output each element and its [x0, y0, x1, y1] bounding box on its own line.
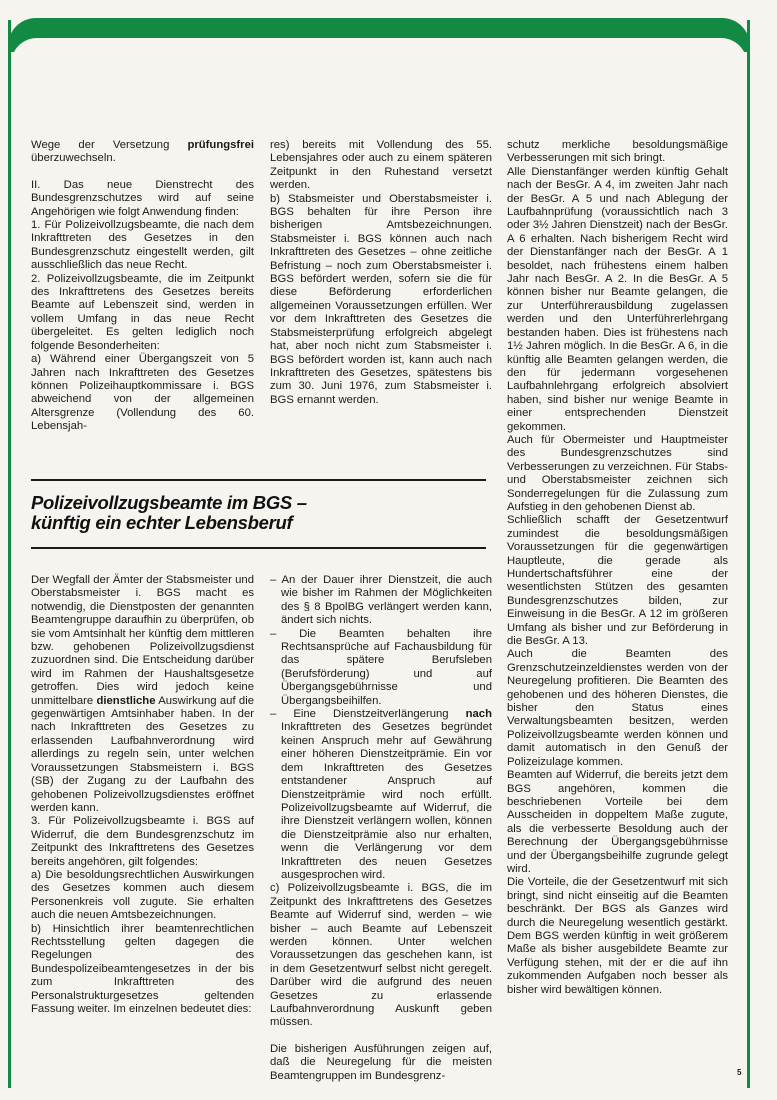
paragraph: Schließlich schafft der Gesetzentwurf zu… [507, 514, 728, 648]
paragraph: Auch die Beamten des Grenzschutzeinzeldi… [507, 648, 728, 769]
paragraph: b) Stabsmeister und Oberstabsmeister i. … [270, 193, 492, 408]
text: Inkrafttreten des Gesetzes begründet kei… [281, 721, 492, 880]
paragraph: Die Vorteile, die der Gesetzentwurf mit … [507, 876, 728, 997]
dash-list-item: – Die Beamten behalten ihre Rechtsansprü… [270, 628, 492, 708]
paragraph: a) Während einer Übergangszeit von 5 Jah… [31, 353, 254, 433]
paragraph: 1. Für Polizeivollzugsbeamte, die nach d… [31, 219, 254, 273]
text: Wege der Versetzung [31, 139, 187, 151]
bold-text: prüfungsfrei [187, 139, 254, 151]
paragraph: res) bereits mit Vollendung des 55. Lebe… [270, 139, 492, 193]
bottom-column-1: Der Wegfall der Ämter der Stabsmeister u… [31, 574, 254, 1016]
text: – Eine Dienstzeitverlängerung [270, 708, 466, 720]
paragraph: c) Polizeivollzugsbeamte i. BGS, die im … [270, 882, 492, 1029]
paragraph: a) Die besoldungsrechtlichen Auswirkunge… [31, 869, 254, 923]
text: Der Wegfall der Ämter der Stabsmeister u… [31, 574, 254, 707]
top-column-2: res) bereits mit Vollendung des 55. Lebe… [270, 139, 492, 407]
paragraph: b) Hinsichtlich ihrer beamtenrechtlichen… [31, 923, 254, 1017]
headline-rule-bottom [31, 547, 486, 549]
paragraph: Der Wegfall der Ämter der Stabsmeister u… [31, 574, 254, 815]
paragraph: Auch für Obermeister und Hauptmeister de… [507, 434, 728, 514]
page-number: 5 [737, 1068, 741, 1077]
dash-list-item: – An der Dauer ihrer Dienstzeit, die auc… [270, 574, 492, 628]
paragraph: 2. Polizeivollzugsbeamte, die im Zeitpun… [31, 273, 254, 353]
bold-text: nach [466, 708, 492, 720]
top-column-1: Wege der Versetzung prüfungsfrei überzuw… [31, 139, 254, 434]
paragraph: schutz merkliche besoldungsmäßige Verbes… [507, 139, 728, 166]
frame-bottom-edge [0, 1088, 777, 1100]
headline-rule-top [31, 479, 486, 481]
headline-line-2: künftig ein echter Lebensberuf [31, 513, 491, 533]
bold-text: dienstliche [96, 695, 155, 707]
text: überzuwechseln. [31, 152, 116, 164]
paragraph: II. Das neue Dienstrecht des Bundesgrenz… [31, 179, 254, 219]
right-column: schutz merkliche besoldungsmäßige Verbes… [507, 139, 728, 997]
headline-line-1: Polizeivollzugsbeamte im BGS – [31, 493, 491, 513]
paragraph: Die bisherigen Ausführungen zeigen auf, … [270, 1043, 492, 1083]
text: Auswirkung auf die gegenwärtigen Amtsinh… [31, 695, 254, 814]
paragraph: Beamten auf Widerruf, die bereits jetzt … [507, 769, 728, 876]
paragraph: Wege der Versetzung prüfungsfrei überzuw… [31, 139, 254, 166]
paragraph: Alle Dienstanfänger werden künftig Gehal… [507, 166, 728, 434]
paragraph: 3. Für Polizeivollzugsbeamte i. BGS auf … [31, 815, 254, 869]
article-headline: Polizeivollzugsbeamte im BGS – künftig e… [31, 493, 491, 533]
dash-list-item: – Eine Dienstzeitverlängerung nach Inkra… [270, 708, 492, 882]
bottom-column-2: – An der Dauer ihrer Dienstzeit, die auc… [270, 574, 492, 1083]
